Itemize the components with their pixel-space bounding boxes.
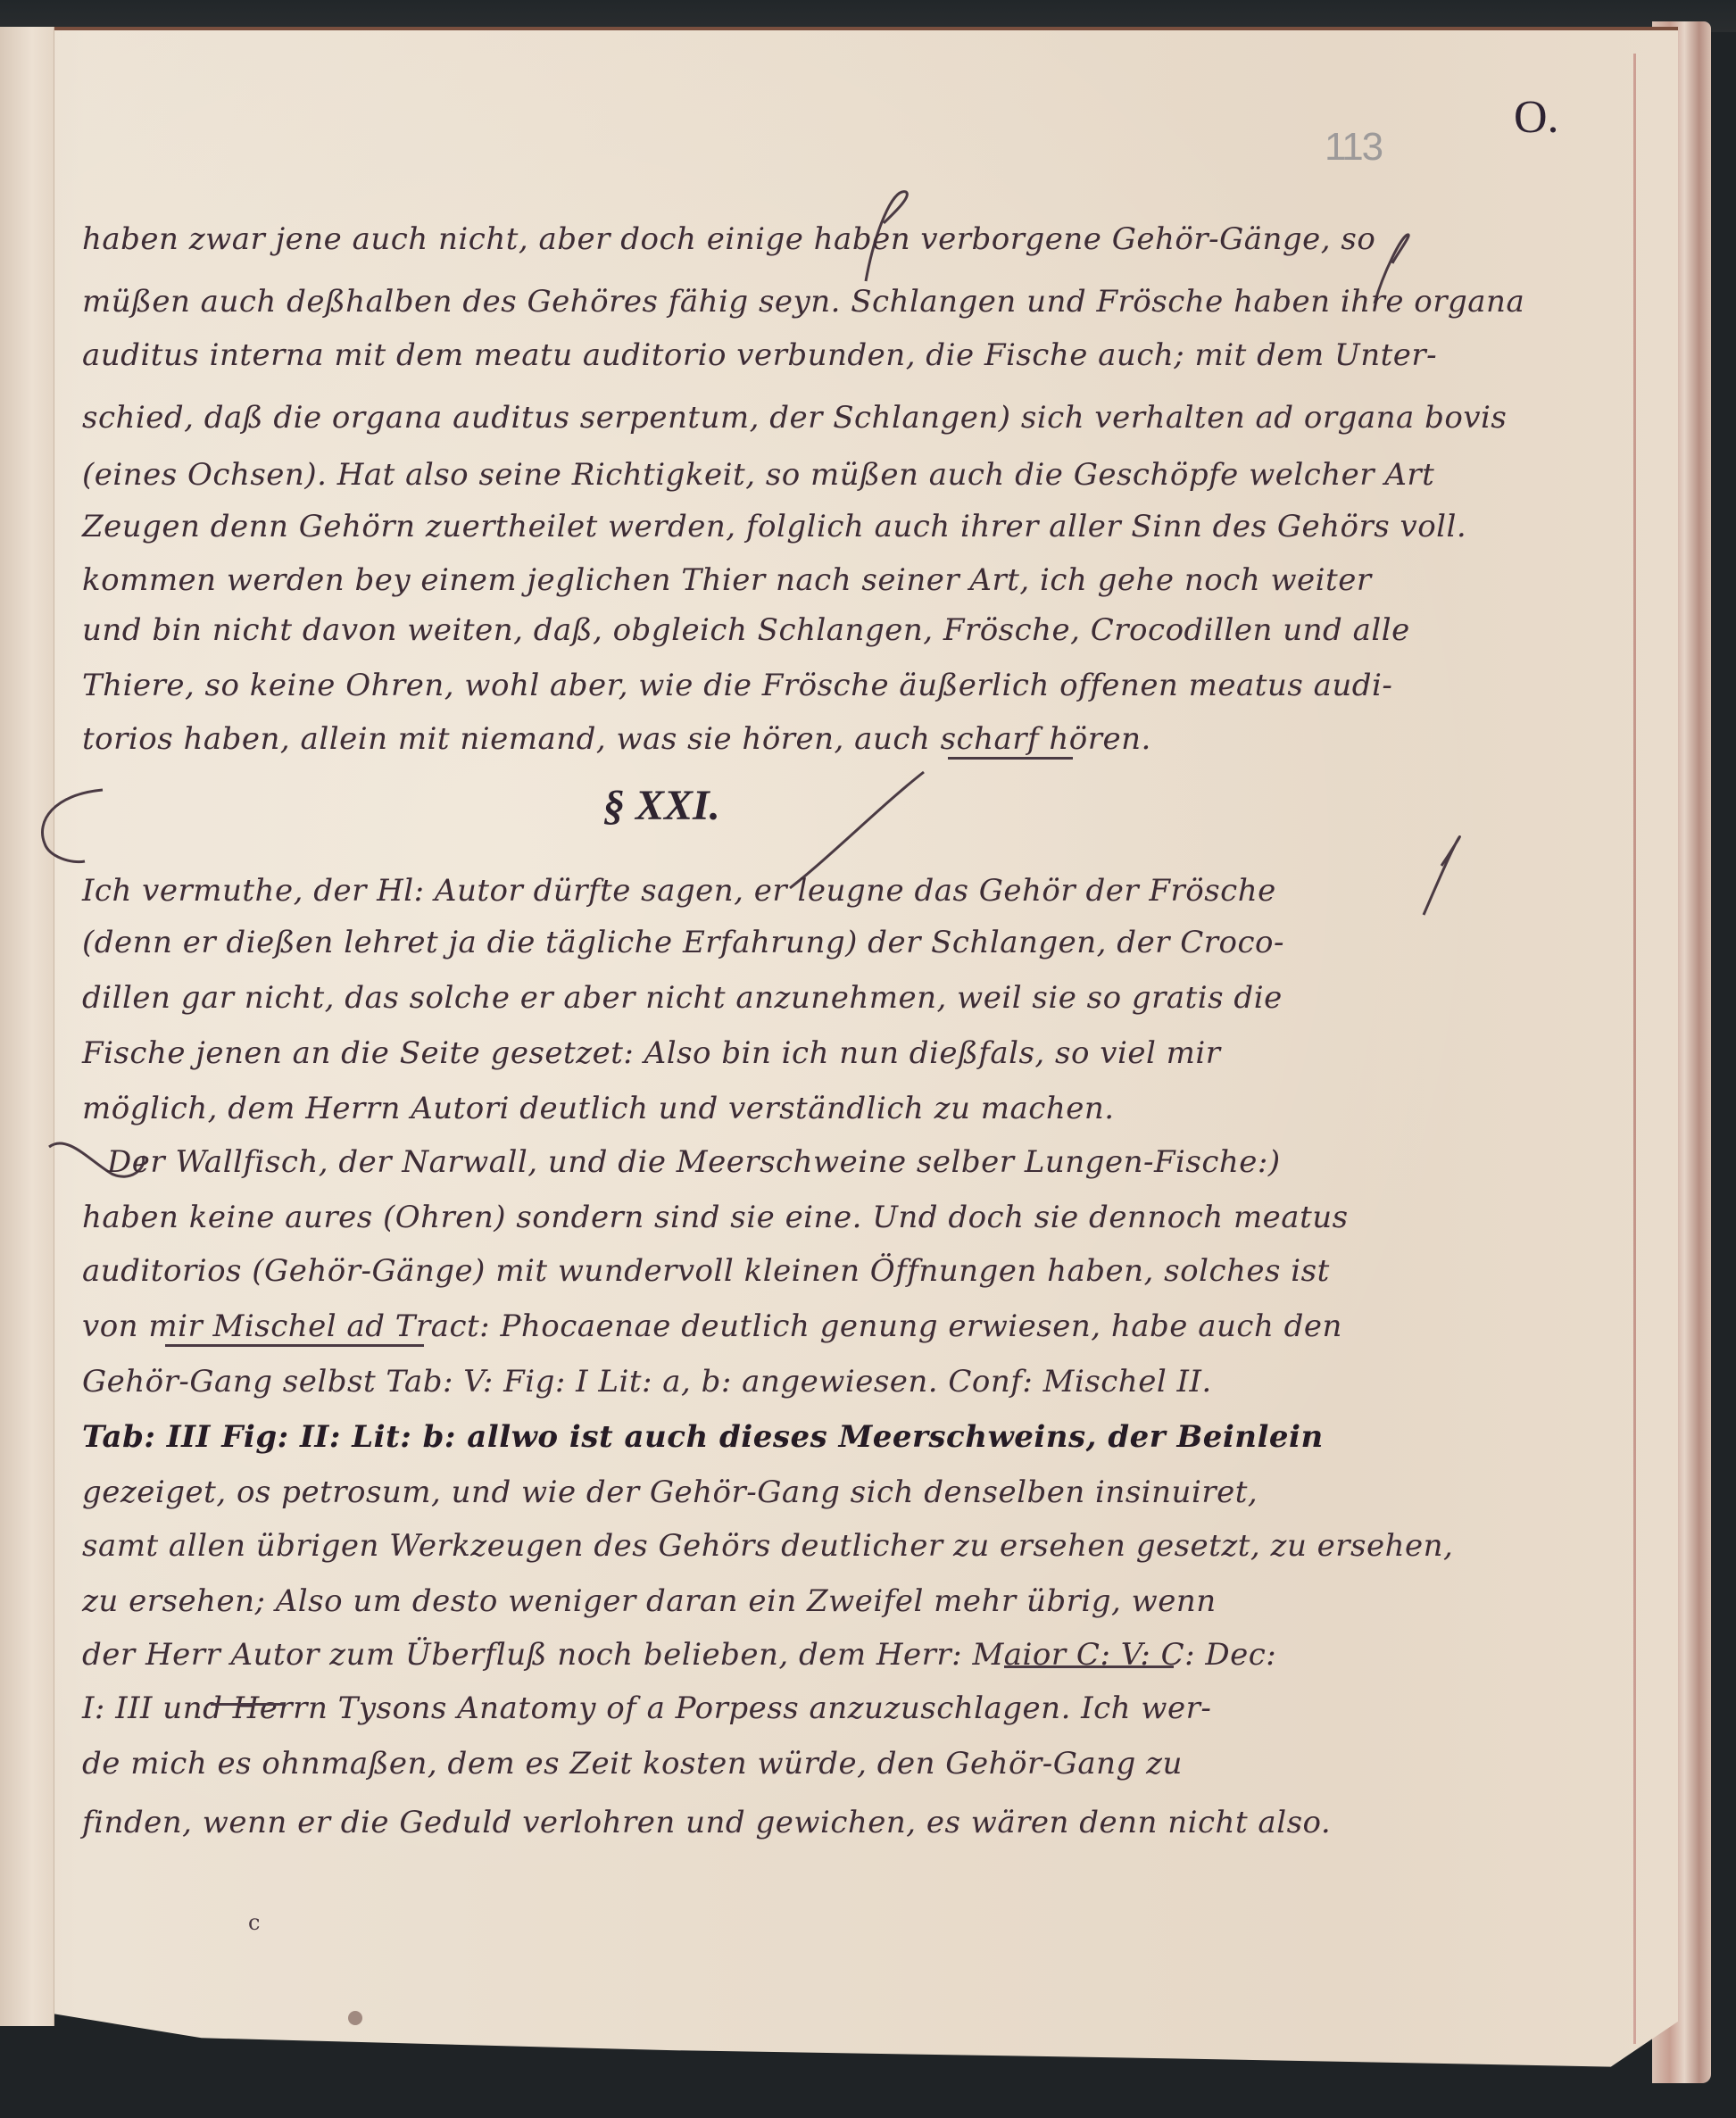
text-line: samt allen übrigen Werkzeugen des Gehörs… [82, 1528, 1453, 1564]
text-line: haben zwar jene auch nicht, aber doch ei… [82, 221, 1375, 257]
text-line: Thiere, so keine Ohren, wohl aber, wie d… [82, 668, 1392, 703]
text-line: gezeiget, os petrosum, und wie der Gehör… [82, 1474, 1258, 1510]
text-line: Gehör-Gang selbst Tab: V: Fig: I Lit: a,… [82, 1364, 1212, 1400]
ascender-flourish-icon [1419, 830, 1464, 919]
text-line: müßen auch deßhalben des Gehöres fähig s… [82, 284, 1524, 320]
ink-spot [348, 2011, 362, 2025]
text-line: von mir Mischel ad Tract: Phocaenae deut… [82, 1308, 1342, 1344]
underline-tysons [211, 1703, 284, 1706]
text-line: Fische jenen an die Seite gesetzet: Also… [82, 1035, 1221, 1071]
text-line: finden, wenn er die Geduld verlohren und… [82, 1805, 1331, 1840]
text-line: zu ersehen; Also um desto weniger daran … [82, 1583, 1217, 1619]
folio-number: 113 [1325, 125, 1382, 170]
text-line: dillen gar nicht, das solche er aber nic… [82, 980, 1283, 1016]
text-line: torios haben, allein mit niemand, was si… [82, 721, 1151, 757]
text-line: I: III und Herrn Tysons Anatomy of a Por… [82, 1690, 1211, 1726]
text-line: Zeugen denn Gehörn zuertheilet werden, f… [82, 509, 1466, 544]
underline-mischel-reference [165, 1344, 424, 1347]
stray-mark: c [248, 1910, 260, 1935]
text-line: auditorios (Gehör-Gänge) mit wundervoll … [82, 1253, 1330, 1289]
text-line: Tab: III Fig: II: Lit: b: allwo ist auch… [82, 1419, 1324, 1455]
text-line: Ich vermuthe, der Hl: Autor dürfte sagen… [82, 873, 1276, 909]
red-edge-rule [1633, 54, 1636, 2044]
text-line: und bin nicht davon weiten, daß, obgleic… [82, 612, 1410, 648]
text-line: haben keine aures (Ohren) sondern sind s… [82, 1200, 1349, 1235]
signature-mark: O. [1514, 91, 1559, 144]
text-line: Der Wallfisch, der Narwall, und die Meer… [107, 1144, 1281, 1180]
text-line: schied, daß die organa auditus serpentum… [82, 400, 1507, 436]
section-flourish-left-icon [36, 785, 107, 866]
underline-maior-reference [1004, 1665, 1174, 1668]
text-line: (denn er dießen lehret ja die tägliche E… [82, 925, 1284, 960]
underline-scharf-hoeren [948, 757, 1073, 760]
text-line: (eines Ochsen). Hat also seine Richtigke… [82, 457, 1434, 493]
text-line: kommen werden bey einem jeglichen Thier … [82, 562, 1372, 598]
text-line: de mich es ohnmaßen, dem es Zeit kosten … [82, 1746, 1183, 1782]
binding-gutter [0, 27, 54, 2026]
text-line: auditus interna mit dem meatu auditorio … [82, 337, 1437, 373]
text-line: möglich, dem Herrn Autori deutlich und v… [82, 1091, 1115, 1126]
section-heading: § XXI. [603, 781, 720, 830]
